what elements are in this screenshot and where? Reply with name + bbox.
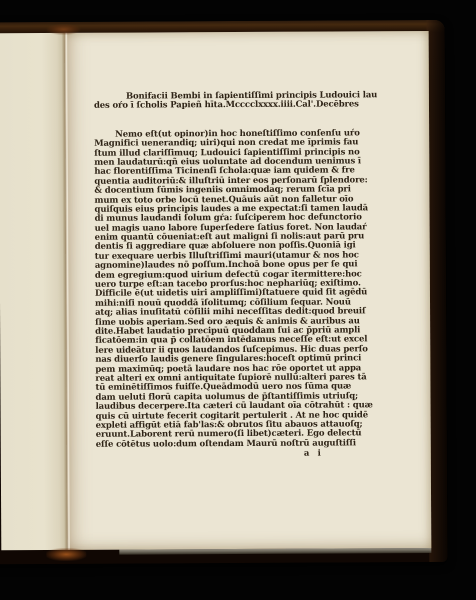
incipit-heading: Bonifacii Bembi in ſapientiſſimi princip… (94, 91, 366, 111)
printed-text-block: Bonifacii Bembi in ſapientiſſimi princip… (94, 91, 368, 460)
heading-line: des oŕo ī ſcholis Papieñ hīta.Mcccclxxxx… (94, 101, 366, 112)
facing-page-edge (0, 33, 67, 550)
book: Bonifacii Bembi in ſapientiſſimi princip… (0, 0, 476, 600)
binding-wear-spot-top (47, 24, 81, 35)
text-line: eſſe cōtētus uolo:dum oſtendam Maurū noſ… (96, 439, 368, 450)
oration-body: Nemo eſt(ut opinor)in hoc honeſtiſſimo c… (94, 129, 368, 450)
binding-wear-spot-bottom (46, 548, 86, 561)
signature-mark: a i (96, 449, 368, 460)
photo-canvas: Bonifacii Bembi in ſapientiſſimi princip… (0, 0, 476, 600)
